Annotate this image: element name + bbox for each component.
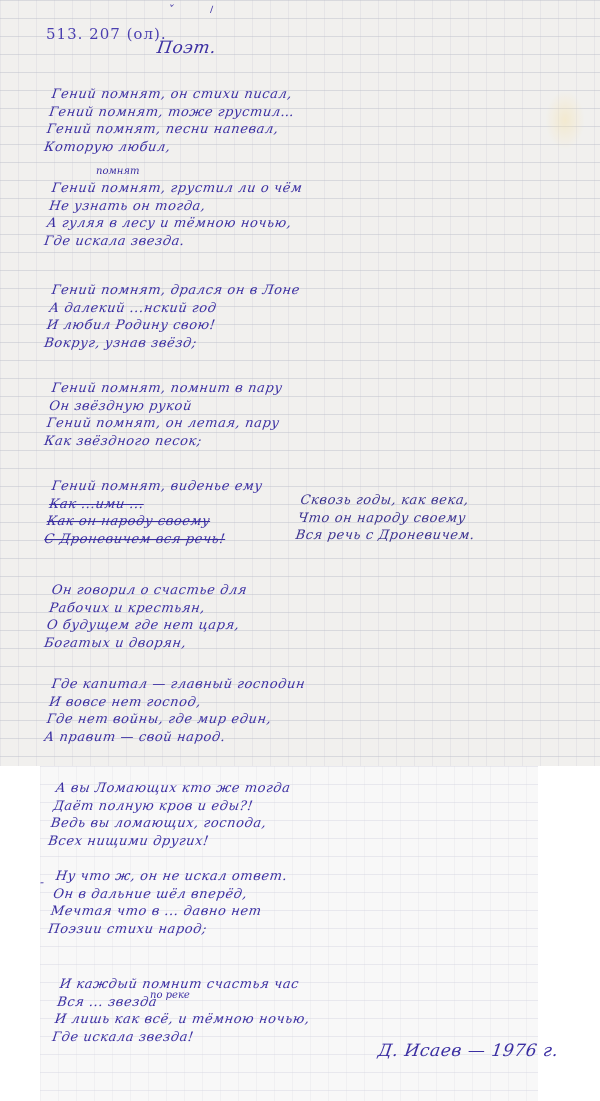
struck-verse-line: С Дроневичем вся речь! xyxy=(43,531,256,549)
stanza-4: Гений помнят, помнит в пару Он звёздную … xyxy=(43,380,286,450)
stanza-8: А вы Ломающих кто же тогда Даёт полную к… xyxy=(47,780,292,850)
verse-line: Гений помнят, песни напевал, xyxy=(46,121,294,139)
verse-line: Он звёздную рукой xyxy=(48,398,283,416)
verse-line: Вся речь с Дроневичем. xyxy=(294,527,476,545)
verse-line: Ну что ж, он не искал ответ. xyxy=(54,868,288,886)
verse-line: Как звёздного песок; xyxy=(43,433,278,451)
verse-line: Гений помнят, помнит в пару xyxy=(50,380,285,398)
verse-line: И лишь как всё, и тёмною ночью, xyxy=(54,1011,311,1029)
struck-verse-line: Как ...ими ... xyxy=(48,496,261,514)
verse-line: А вы Ломающих кто же тогда xyxy=(54,780,291,798)
verse-line: Рабочих и крестьян, xyxy=(48,600,246,618)
verse-line: Гений помнят, грустил ли о чём xyxy=(50,180,303,198)
stanza-2: Гений помнят, грустил ли о чём Не узнать… xyxy=(43,180,303,250)
verse-line: Где искала звезда. xyxy=(43,233,296,251)
verse-line: Которую любил, xyxy=(43,139,291,157)
verse-line: А правит — свой народ. xyxy=(43,729,299,747)
verse-line: Вокруг, узнав звёзд; xyxy=(43,335,294,353)
verse-line: Он говорил о счастье для xyxy=(50,582,248,600)
paper-stain xyxy=(545,90,585,150)
verse-line: Гений помнят, тоже грустил… xyxy=(48,104,296,122)
stanza-7: Где капитал — главный господин И вовсе н… xyxy=(43,676,306,746)
stanza-3: Гений помнят, дрался он в Лоне А далекий… xyxy=(43,282,301,352)
verse-line: Всех нищими других! xyxy=(47,833,284,851)
author-signature: Д. Исаев — 1976 г. xyxy=(377,1043,560,1061)
margin-revision: Сквозь годы, как века, Что он народу сво… xyxy=(294,492,480,545)
stanza-6: Он говорил о счастье для Рабочих и крест… xyxy=(43,582,248,652)
verse-line: Богатых и дворян, xyxy=(43,635,241,653)
verse-line: Поэзии стихи народ; xyxy=(47,921,281,939)
verse-line: Где нет войны, где мир един, xyxy=(46,711,302,729)
verse-line: Где капитал — главный господин xyxy=(50,676,306,694)
verse-line: И каждый помнит счастья час xyxy=(58,976,315,994)
correction-above: помнят xyxy=(96,166,139,177)
verse-line: Что он народу своему xyxy=(297,510,479,528)
verse-line: Гений помнят, дрался он в Лоне xyxy=(50,282,301,300)
stanza-1: Гений помнят, он стихи писал, Гений помн… xyxy=(43,86,298,156)
verse-line: Вся ... звезда xyxy=(56,994,313,1012)
stanza-10: И каждый помнит счастья час Вся ... звез… xyxy=(51,976,316,1046)
verse-line: О будущем где нет царя, xyxy=(46,617,244,635)
struck-verse-line: Как он народу своему xyxy=(46,513,259,531)
verse-line: Сквозь годы, как века, xyxy=(299,492,481,510)
verse-line: А далекий ...нский год xyxy=(48,300,299,318)
verse-line: Где искала звезда! xyxy=(51,1029,308,1047)
verse-line: И любил Родину свою! xyxy=(46,317,297,335)
verse-line: Ведь вы ломающих, господа, xyxy=(50,815,287,833)
poem-title: Поэт. xyxy=(156,40,218,58)
verse-line: Мечтая что в ... давно нет xyxy=(50,903,284,921)
stanza-9: Ну что ж, он не искал ответ. Он в дальни… xyxy=(47,868,288,938)
stanza-5: Гений помнят, виденье ему Как ...ими ...… xyxy=(43,478,264,548)
catalog-number: 513. 207 (ол). xyxy=(46,26,167,44)
verse-line: Гений помнят, он стихи писал, xyxy=(50,86,298,104)
verse-line: Не узнать он тогда, xyxy=(48,198,301,216)
verse-line: Даёт полную кров и еды?! xyxy=(52,798,289,816)
verse-line: Он в дальние шёл вперёд, xyxy=(52,886,286,904)
verse-line: И вовсе нет господ, xyxy=(48,694,304,712)
verse-line: Гений помнят, виденье ему xyxy=(50,478,263,496)
verse-line: А гуляя в лесу и тёмною ночью, xyxy=(46,215,299,233)
verse-line: Гений помнят, он летая, пару xyxy=(46,415,281,433)
